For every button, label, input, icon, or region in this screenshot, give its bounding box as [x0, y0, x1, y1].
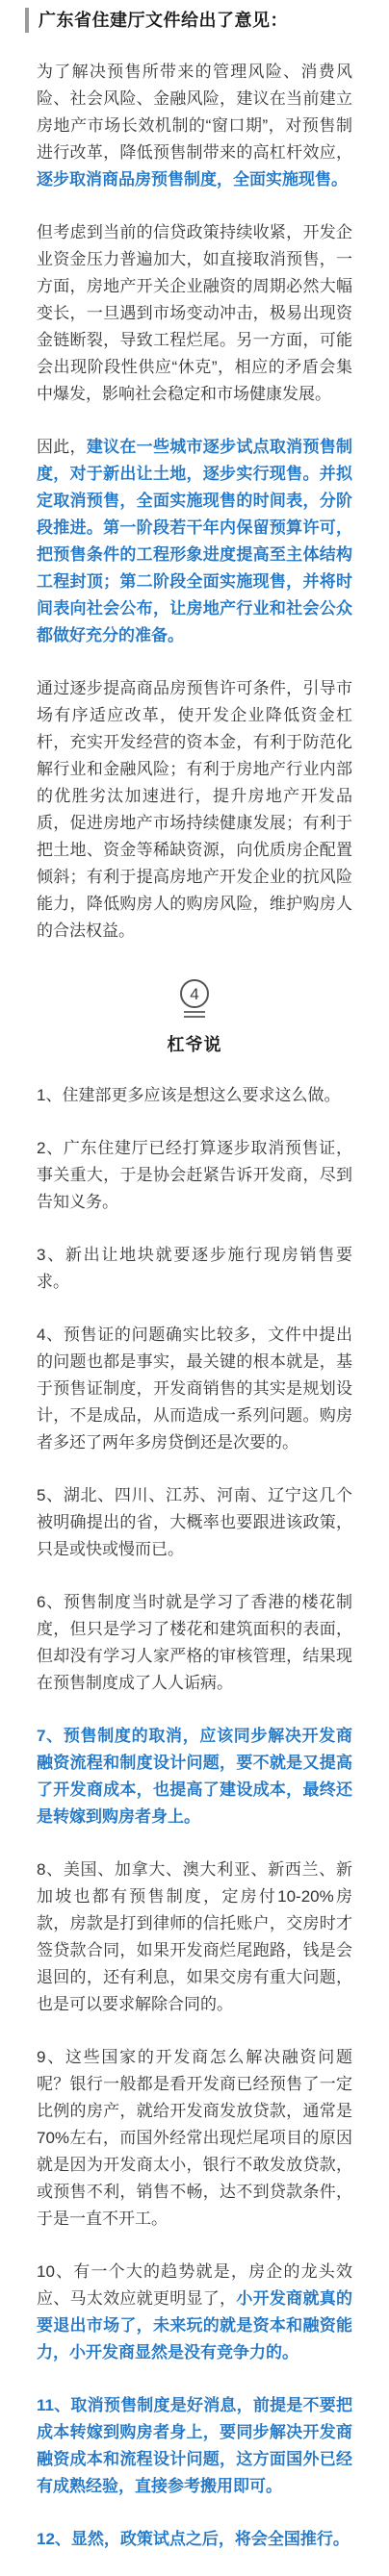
section-number-badge: 4: [180, 979, 209, 1008]
article-paragraph: 通过逐步提高商品房预售许可条件，引导市场有序适应改革，使开发企业降低资金杠杆，充…: [37, 675, 352, 945]
commentary-item: 4、预售证的问题确实比较多，文件中提出的问题也都是事实，最关键的根本就是，基于预…: [37, 1322, 352, 1456]
text-segment: 但考虑到当前的信贷政策持续收紧，开发企业资金压力普遍加大，如直接取消预售，一方面…: [37, 223, 352, 403]
text-segment: 为了解决预售所带来的管理风险、消费风险、社会风险、金融风险，建议在当前建立房地产…: [37, 63, 352, 162]
text-segment: 5、湖北、四川、江苏、河南、辽宁这几个被明确提出的省，大概率也要跟进该政策，只是…: [37, 1486, 352, 1558]
text-segment: 8、美国、加拿大、澳大利亚、新西兰、新加坡也都有预售制度，定房付10-20%房款…: [37, 1860, 352, 2013]
commentary-item: 3、新出让地块就要逐步施行现房销售要求。: [37, 1242, 352, 1296]
text-segment: 4、预售证的问题确实比较多，文件中提出的问题也都是事实，最关键的根本就是，基于预…: [37, 1326, 352, 1452]
commentary-item: 12、显然，政策试点之后，将会全国推行。: [37, 2526, 352, 2553]
commentary-item: 1、住建部更多应该是想这么要求这么做。: [37, 1082, 352, 1109]
emphasis-text-segment: 建议在一些城市逐步试点取消预售制度，对于新出让土地，逐步实行现售。并拟定取消预售…: [37, 438, 352, 644]
section-heading: 杠爷说: [37, 1031, 352, 1056]
text-segment: 因此，: [37, 438, 87, 456]
page-title: 广东省住建厅文件给出了意见：: [25, 8, 352, 33]
article-paragraph: 为了解决预售所带来的管理风险、消费风险、社会风险、金融风险，建议在当前建立房地产…: [37, 59, 352, 193]
emphasis-text-segment: 11、取消预售制度是好消息，前提是不要把成本转嫁到购房者身上，要同步解决开发商融…: [37, 2396, 352, 2495]
text-segment: 1、住建部更多应该是想这么要求这么做。: [37, 1086, 340, 1104]
text-segment: 2、广东住建厅已经打算逐步取消预售证，事关重大，于是协会赶紧告诉开发商，尽到告知…: [37, 1139, 352, 1211]
emphasis-text-segment: 逐步取消商品房预售制度，全面实施现售。: [37, 170, 348, 189]
commentary-item: 5、湖北、四川、江苏、河南、辽宁这几个被明确提出的省，大概率也要跟进该政策，只是…: [37, 1482, 352, 1563]
commentary-item: 6、预售制度当时就是学习了香港的楼花制度，但只是学习了楼花和建筑面积的表面，但却…: [37, 1589, 352, 1697]
article-page: 广东省住建厅文件给出了意见： 为了解决预售所带来的管理风险、消费风险、社会风险、…: [0, 0, 389, 2576]
section-divider: 4: [37, 979, 352, 1018]
emphasis-text-segment: 7、预售制度的取消，应该同步解决开发商融资流程和制度设计问题，要不就是又提高了开…: [37, 1727, 352, 1826]
divider-double-line: [37, 1011, 352, 1018]
text-segment: 通过逐步提高商品房预售许可条件，引导市场有序适应改革，使开发企业降低资金杠杆，充…: [37, 679, 352, 940]
article-paragraph: 因此，建议在一些城市逐步试点取消预售制度，对于新出让土地，逐步实行现售。并拟定取…: [37, 434, 352, 649]
commentary-list: 1、住建部更多应该是想这么要求这么做。2、广东住建厅已经打算逐步取消预售证，事关…: [37, 1082, 352, 2553]
commentary-item: 10、有一个大的趋势就是，房企的龙头效应、马太效应就更明显了，小开发商就真的要退…: [37, 2259, 352, 2366]
text-segment: 3、新出让地块就要逐步施行现房销售要求。: [37, 1246, 352, 1291]
text-segment: 9、这些国家的开发商怎么解决融资问题呢？银行一般都是看开发商已经预售了一定比例的…: [37, 2048, 352, 2228]
commentary-item: 8、美国、加拿大、澳大利亚、新西兰、新加坡也都有预售制度，定房付10-20%房款…: [37, 1856, 352, 2018]
commentary-item: 7、预售制度的取消，应该同步解决开发商融资流程和制度设计问题，要不就是又提高了开…: [37, 1723, 352, 1831]
text-segment: 6、预售制度当时就是学习了香港的楼花制度，但只是学习了楼花和建筑面积的表面，但却…: [37, 1593, 352, 1692]
emphasis-text-segment: 12、显然，政策试点之后，将会全国推行。: [37, 2530, 350, 2548]
article-paragraph: 但考虑到当前的信贷政策持续收紧，开发企业资金压力普遍加大，如直接取消预售，一方面…: [37, 219, 352, 408]
commentary-item: 2、广东住建厅已经打算逐步取消预售证，事关重大，于是协会赶紧告诉开发商，尽到告知…: [37, 1135, 352, 1216]
commentary-item: 9、这些国家的开发商怎么解决融资问题呢？银行一般都是看开发商已经预售了一定比例的…: [37, 2044, 352, 2233]
commentary-item: 11、取消预售制度是好消息，前提是不要把成本转嫁到购房者身上，要同步解决开发商融…: [37, 2392, 352, 2500]
article-body: 为了解决预售所带来的管理风险、消费风险、社会风险、金融风险，建议在当前建立房地产…: [37, 59, 352, 945]
